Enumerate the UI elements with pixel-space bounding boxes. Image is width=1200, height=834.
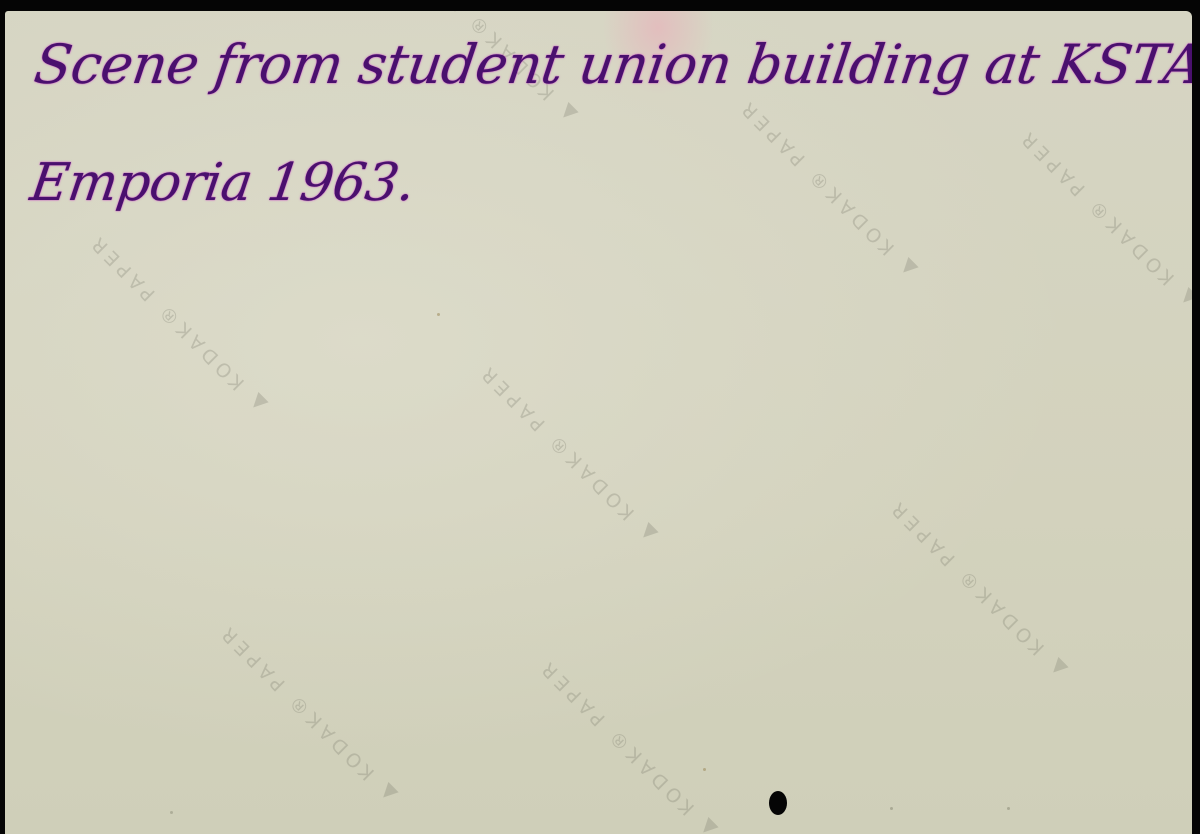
kodak-paper-watermark: ▲ KODAK® PAPER [534,655,720,834]
paper-speck [1007,807,1010,810]
handwritten-caption-line-1: Scene from student union building at KST… [31,33,1192,96]
kodak-paper-watermark: ▲ KODAK® PAPER [884,495,1070,681]
paper-speck [437,313,440,316]
kodak-paper-watermark: ▲ KODAK® PAPER [84,230,270,416]
paper-speck [703,768,706,771]
paper-speck [170,811,173,814]
kodak-paper-watermark: ▲ KODAK® PAPER [734,95,920,281]
kodak-paper-watermark: ▲ KODAK® PAPER [1014,125,1192,311]
kodak-paper-watermark: ▲ KODAK® PAPER [214,620,400,806]
paper-speck [890,807,893,810]
kodak-paper-watermark: ▲ KODAK® PAPER [474,360,660,546]
handwritten-caption-line-2: Emporia 1963. [27,153,419,213]
scan-frame: ▲ KODAK® PAPER ▲ KODAK® PAPER ▲ KODAK® P… [0,0,1200,834]
punch-hole [769,791,787,815]
scan-border-right [1192,0,1200,834]
photo-paper-back: ▲ KODAK® PAPER ▲ KODAK® PAPER ▲ KODAK® P… [5,11,1192,834]
